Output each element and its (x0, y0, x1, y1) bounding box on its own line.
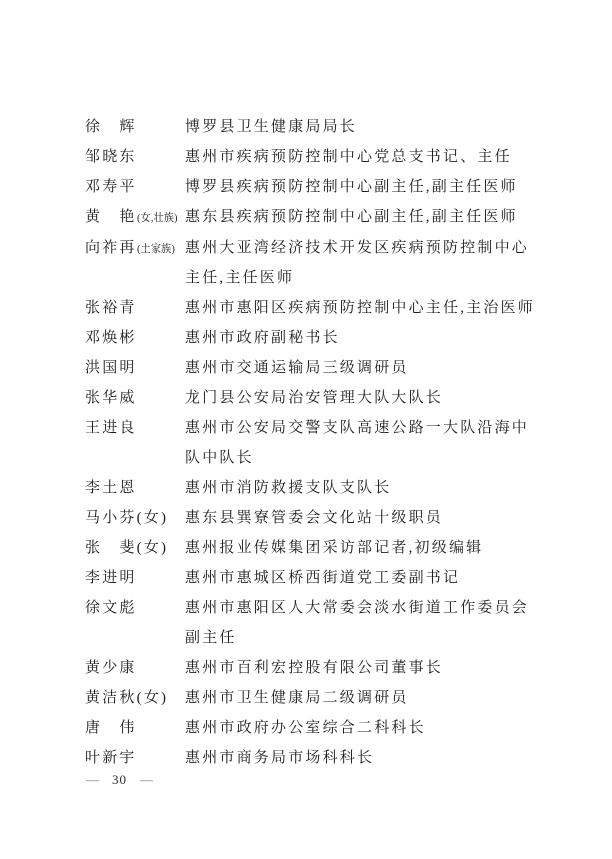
person-title-line: 队中队长 (185, 443, 547, 473)
person-title: 博罗县卫生健康局局长 (185, 112, 547, 142)
person-title: 惠州市政府办公室综合二科科长 (185, 713, 547, 743)
person-note: (女) (137, 690, 169, 706)
person-name-text: 洪国明 (85, 360, 137, 376)
person-title: 惠州市百利宏控股有限公司董事长 (185, 653, 547, 683)
person-name: 邹晓东 (85, 142, 185, 172)
person-title: 惠州报业传媒集团采访部记者,初级编辑 (185, 533, 547, 563)
list-item: 徐 辉博罗县卫生健康局局长 (85, 112, 547, 142)
page-number: 30 (112, 772, 127, 788)
list-item: 王进良惠州市公安局交警支队高速公路一大队沿海中队中队长 (85, 413, 547, 473)
person-title-line: 惠州报业传媒集团采访部记者,初级编辑 (185, 533, 547, 563)
person-title: 惠州市政府副秘书长 (185, 323, 547, 353)
person-note: (女,壮族) (137, 203, 178, 233)
person-title-line: 博罗县卫生健康局局长 (185, 112, 547, 142)
person-name-text: 徐 辉 (85, 119, 137, 135)
list-item: 李进明惠州市惠城区桥西街道党工委副书记 (85, 563, 547, 593)
footer-dash-left: — (86, 772, 99, 788)
person-title: 惠州市惠阳区人大常委会淡水街道工作委员会副主任 (185, 593, 547, 653)
person-name-text: 马小芬 (85, 510, 137, 526)
person-title-line: 惠州市惠城区桥西街道党工委副书记 (185, 563, 547, 593)
document-page: 徐 辉博罗县卫生健康局局长邹晓东惠州市疾病预防控制中心党总支书记、主任邓寿平博罗… (0, 0, 612, 859)
person-note: (女) (137, 540, 169, 556)
person-title-line: 惠州市商务局市场科科长 (185, 743, 547, 773)
person-title-line: 惠东县疾病预防控制中心副主任,副主任医师 (185, 202, 547, 232)
person-title: 惠东县疾病预防控制中心副主任,副主任医师 (185, 202, 547, 232)
list-item: 李土恩惠州市消防救援支队支队长 (85, 473, 547, 503)
person-title-line: 龙门县公安局治安管理大队大队长 (185, 383, 547, 413)
person-name: 洪国明 (85, 353, 185, 383)
person-name-text: 张裕青 (85, 300, 137, 316)
person-title-line: 惠州市政府副秘书长 (185, 323, 547, 353)
person-name: 马小芬(女) (85, 503, 185, 533)
person-name: 邓焕彬 (85, 323, 185, 353)
list-item: 洪国明惠州市交通运输局三级调研员 (85, 353, 547, 383)
list-item: 张华威龙门县公安局治安管理大队大队长 (85, 383, 547, 413)
person-name-text: 叶新宇 (85, 750, 137, 766)
award-list: 徐 辉博罗县卫生健康局局长邹晓东惠州市疾病预防控制中心党总支书记、主任邓寿平博罗… (85, 112, 547, 773)
person-note: (土家族) (137, 234, 175, 264)
person-title-line: 惠东县巽寮管委会文化站十级职员 (185, 503, 547, 533)
person-title-line: 惠州市卫生健康局二级调研员 (185, 683, 547, 713)
list-item: 黄 艳(女,壮族)惠东县疾病预防控制中心副主任,副主任医师 (85, 202, 547, 233)
person-name-text: 邹晓东 (85, 149, 137, 165)
person-name-text: 李土恩 (85, 480, 137, 496)
person-name: 李进明 (85, 563, 185, 593)
person-title-line: 惠州市交通运输局三级调研员 (185, 353, 547, 383)
person-name: 徐 辉 (85, 112, 185, 142)
footer-dash-right: — (140, 772, 153, 788)
list-item: 张 斐(女)惠州报业传媒集团采访部记者,初级编辑 (85, 533, 547, 563)
person-name-text: 黄 艳 (85, 209, 137, 225)
list-item: 唐 伟惠州市政府办公室综合二科科长 (85, 713, 547, 743)
person-title: 惠州市公安局交警支队高速公路一大队沿海中队中队长 (185, 413, 547, 473)
list-item: 张裕青惠州市惠阳区疾病预防控制中心主任,主治医师 (85, 293, 547, 323)
person-name: 邓寿平 (85, 172, 185, 202)
person-title: 惠州市商务局市场科科长 (185, 743, 547, 773)
person-name-text: 李进明 (85, 570, 137, 586)
person-name: 唐 伟 (85, 713, 185, 743)
person-title-line: 惠州大亚湾经济技术开发区疾病预防控制中心 (185, 233, 547, 263)
person-name-text: 徐文彪 (85, 600, 137, 616)
person-title: 惠州市交通运输局三级调研员 (185, 353, 547, 383)
person-title-line: 惠州市百利宏控股有限公司董事长 (185, 653, 547, 683)
person-title: 惠州市消防救援支队支队长 (185, 473, 547, 503)
person-name: 黄 艳(女,壮族) (85, 202, 185, 233)
person-name-text: 黄少康 (85, 660, 137, 676)
person-title: 惠州市惠阳区疾病预防控制中心主任,主治医师 (185, 293, 547, 323)
person-title: 惠东县巽寮管委会文化站十级职员 (185, 503, 547, 533)
person-title-line: 惠州市公安局交警支队高速公路一大队沿海中 (185, 413, 547, 443)
person-title: 惠州市惠城区桥西街道党工委副书记 (185, 563, 547, 593)
person-title-line: 副主任 (185, 623, 547, 653)
person-name-text: 邓焕彬 (85, 330, 137, 346)
person-title: 惠州市卫生健康局二级调研员 (185, 683, 547, 713)
person-title: 惠州市疾病预防控制中心党总支书记、主任 (185, 142, 547, 172)
person-name: 徐文彪 (85, 593, 185, 623)
person-title-line: 惠州市消防救援支队支队长 (185, 473, 547, 503)
person-title: 博罗县疾病预防控制中心副主任,副主任医师 (185, 172, 547, 202)
person-title-line: 主任,主任医师 (185, 263, 547, 293)
person-name: 李土恩 (85, 473, 185, 503)
person-title-line: 惠州市惠阳区人大常委会淡水街道工作委员会 (185, 593, 547, 623)
person-name: 王进良 (85, 413, 185, 443)
person-name-text: 黄洁秋 (85, 690, 137, 706)
list-item: 马小芬(女)惠东县巽寮管委会文化站十级职员 (85, 503, 547, 533)
list-item: 黄少康惠州市百利宏控股有限公司董事长 (85, 653, 547, 683)
person-title-line: 惠州市政府办公室综合二科科长 (185, 713, 547, 743)
person-name-text: 张 斐 (85, 540, 137, 556)
person-name-text: 唐 伟 (85, 720, 137, 736)
person-title-line: 惠州市惠阳区疾病预防控制中心主任,主治医师 (185, 293, 547, 323)
list-item: 向祚再(土家族)惠州大亚湾经济技术开发区疾病预防控制中心主任,主任医师 (85, 233, 547, 293)
person-note: (女) (137, 510, 169, 526)
person-name: 黄少康 (85, 653, 185, 683)
list-item: 黄洁秋(女)惠州市卫生健康局二级调研员 (85, 683, 547, 713)
person-name-text: 向祚再 (85, 240, 137, 256)
list-item: 徐文彪惠州市惠阳区人大常委会淡水街道工作委员会副主任 (85, 593, 547, 653)
person-name: 张 斐(女) (85, 533, 185, 563)
person-name: 张裕青 (85, 293, 185, 323)
page-footer: — 30 — (86, 770, 153, 790)
list-item: 邹晓东惠州市疾病预防控制中心党总支书记、主任 (85, 142, 547, 172)
person-title: 惠州大亚湾经济技术开发区疾病预防控制中心主任,主任医师 (185, 233, 547, 293)
person-name: 叶新宇 (85, 743, 185, 773)
list-item: 邓焕彬惠州市政府副秘书长 (85, 323, 547, 353)
person-name: 张华威 (85, 383, 185, 413)
person-title: 龙门县公安局治安管理大队大队长 (185, 383, 547, 413)
person-name: 黄洁秋(女) (85, 683, 185, 713)
person-title-line: 博罗县疾病预防控制中心副主任,副主任医师 (185, 172, 547, 202)
person-name: 向祚再(土家族) (85, 233, 185, 264)
list-item: 邓寿平博罗县疾病预防控制中心副主任,副主任医师 (85, 172, 547, 202)
person-name-text: 张华威 (85, 390, 137, 406)
person-name-text: 王进良 (85, 420, 137, 436)
person-title-line: 惠州市疾病预防控制中心党总支书记、主任 (185, 142, 547, 172)
list-item: 叶新宇惠州市商务局市场科科长 (85, 743, 547, 773)
person-name-text: 邓寿平 (85, 179, 137, 195)
